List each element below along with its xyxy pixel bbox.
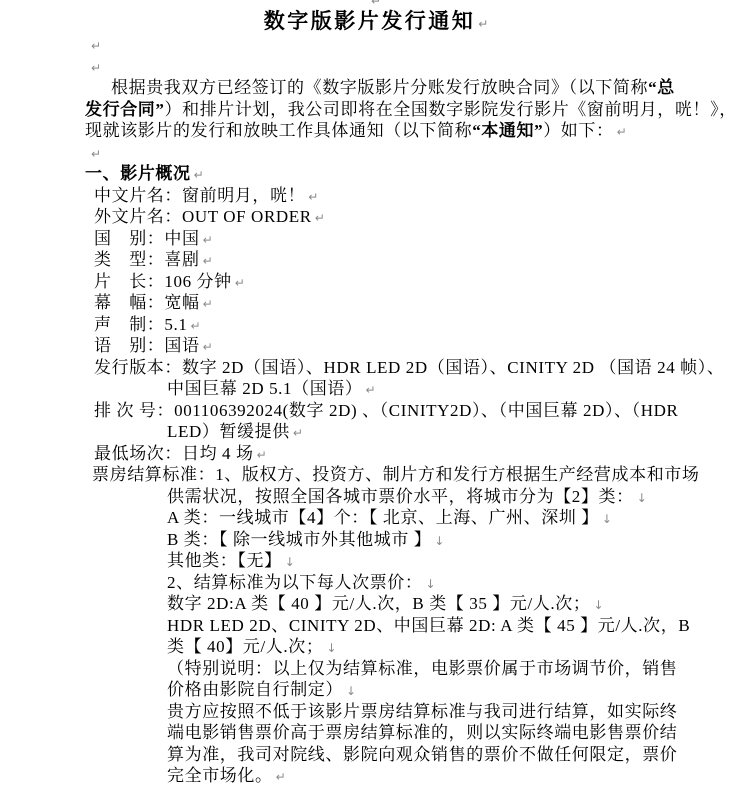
text-line: 语 别：国语↵ [0,335,752,357]
text-segment: 排 次 号：001106392024(数字 2D) 、（CINITY2D）、（中… [94,401,678,420]
line-break-mark-icon: ↓ [285,555,295,569]
line-break-mark-icon: ↓ [602,512,612,526]
text-segment: 类 型：喜剧 [94,250,200,269]
text-line: ↵ [0,142,752,164]
text-segment: 语 别：国语 [94,336,200,355]
text-segment: LED）暂缓提供 [167,422,290,441]
text-segment: 2、结算标准为以下每人次票价： [167,573,423,592]
text-segment: HDR LED 2D、CINITY 2D、中国巨幕 2D: A 类【 45 】元… [167,616,690,635]
text-segment: “总 [648,78,675,97]
paragraph-mark-icon: ↵ [91,147,101,161]
text-line: B 类：【 除一线城市外其他城市 】↓ [0,529,752,551]
text-line: （特别说明：以上仅为结算标准，电影票价属于市场调节价，销售 [0,658,752,680]
text-segment: 最低场次：日均 4 场 [94,444,254,463]
document-lines: ↵↵根据贵我双方已经签订的《数字版影片分账发行放映合同》（以下简称“总发行合同”… [0,34,752,787]
text-line: 外文片名：OUT OF ORDER↵ [0,206,752,228]
line-break-mark-icon: ↓ [637,491,647,505]
text-segment: 一、影片概况 [85,164,191,183]
text-segment: 算为准，我司对院线、影院向观众销售的票价不做任何限定，票价 [167,745,677,764]
paragraph-mark-icon: ↵ [235,276,245,290]
text-line: 端电影销售票价高于票房结算标准的，则以实际终端电影售票价结 [0,722,752,744]
paragraph-mark-icon: ↵ [203,233,213,247]
text-segment: 根据贵我双方已经签订的《数字版影片分账发行放映合同》（以下简称 [111,78,648,97]
text-line: 现就该影片的发行和放映工作具体通知（以下简称“本通知”）如下：↵ [0,120,752,142]
text-segment: 国 别：中国 [94,229,200,248]
text-segment: 票房结算标准：1、版权方、投资方、制片方和发行方根据生产经营成本和市场 [92,465,700,484]
paragraph-mark-icon: ↵ [366,383,376,397]
text-segment: ）和排片计划，我公司即将在全国数字影院发行影片《窗前明月，咣！》， [165,100,737,119]
text-segment: 数字 2D:A 类【 40 】元/人.次，B 类【 35 】元/人.次； [167,594,590,613]
text-line: 片 长：106 分钟↵ [0,271,752,293]
paragraph-mark-icon: ↵ [203,340,213,354]
paragraph-mark-icon: ↵ [194,168,204,182]
paragraph-mark-icon: ↵ [203,297,213,311]
paragraph-mark-icon: ↵ [478,17,488,31]
paragraph-mark-icon: ↵ [91,61,101,75]
paragraph-mark-icon: ↵ [203,254,213,268]
text-line: 根据贵我双方已经签订的《数字版影片分账发行放映合同》（以下简称“总 [0,77,752,99]
text-line: ↵ [0,56,752,78]
paragraph-mark-icon: ↵ [276,770,286,784]
text-line: 其他类：【无】↓ [0,550,752,572]
text-line: ↵ [0,34,752,56]
text-segment: 片 长：106 分钟 [94,272,232,291]
document-page[interactable]: ↵ 数字版影片发行通知↵ ↵↵根据贵我双方已经签订的《数字版影片分账发行放映合同… [0,0,752,787]
paragraph-mark-icon: ↵ [190,319,200,333]
text-segment: 其他类：【无】 [167,551,282,570]
text-segment: 完全市场化。 [167,766,273,785]
text-line: 发行版本：数字 2D（国语）、HDR LED 2D（国语）、CINITY 2D … [0,357,752,379]
line-break-mark-icon: ↓ [346,684,356,698]
text-segment: 外文片名：OUT OF ORDER [94,207,312,226]
text-line: 类 型：喜剧↵ [0,249,752,271]
paragraph-mark-icon: ↵ [91,39,101,53]
paragraph-mark-icon: ↵ [293,426,303,440]
text-segment: 供需状况，按照全国各城市票价水平，将城市分为【2】类： [167,487,634,506]
text-line: 贵方应按照不低于该影片票房结算标准与我司进行结算，如实际终 [0,701,752,723]
text-line: 排 次 号：001106392024(数字 2D) 、（CINITY2D）、（中… [0,400,752,422]
text-line: 发行合同”）和排片计划，我公司即将在全国数字影院发行影片《窗前明月，咣！》， [0,99,752,121]
text-line: HDR LED 2D、CINITY 2D、中国巨幕 2D: A 类【 45 】元… [0,615,752,637]
text-line: 数字 2D:A 类【 40 】元/人.次，B 类【 35 】元/人.次；↓ [0,593,752,615]
text-line: 价格由影院自行制定）↓ [0,679,752,701]
paragraph-mark-icon: ↵ [308,190,318,204]
text-line: 中文片名：窗前明月，咣！↵ [0,185,752,207]
text-line: 中国巨幕 2D 5.1（国语）↵ [0,378,752,400]
text-segment: A 类：一线城市【4】个：【 北京、上海、广州、深圳 】 [167,508,599,527]
text-line: 票房结算标准：1、版权方、投资方、制片方和发行方根据生产经营成本和市场 [0,464,752,486]
text-segment: 贵方应按照不低于该影片票房结算标准与我司进行结算，如实际终 [167,702,677,721]
text-segment: 发行版本：数字 2D（国语）、HDR LED 2D（国语）、CINITY 2D … [94,358,725,377]
text-segment: （特别说明：以上仅为结算标准，电影票价属于市场调节价，销售 [167,659,677,678]
line-break-mark-icon: ↓ [593,598,603,612]
text-segment: 现就该影片的发行和放映工作具体通知（以下简称 [85,121,472,140]
paragraph-mark-icon: ↵ [371,0,381,8]
text-segment: “本通知” [472,121,543,140]
text-line: 幕 幅：宽幅↵ [0,292,752,314]
text-segment: B 类：【 除一线城市外其他城市 】 [167,530,431,549]
text-line: 2、结算标准为以下每人次票价：↓ [0,572,752,594]
text-line: 最低场次：日均 4 场↵ [0,443,752,465]
text-line: 国 别：中国↵ [0,228,752,250]
text-segment: 中文片名：窗前明月，咣！ [94,186,305,205]
paragraph-mark-icon: ↵ [257,448,267,462]
text-segment: 价格由影院自行制定） [167,680,343,699]
line-break-mark-icon: ↓ [426,577,436,591]
text-line: 一、影片概况↵ [0,163,752,185]
text-line: 算为准，我司对院线、影院向观众销售的票价不做任何限定，票价 [0,744,752,766]
text-segment: ）如下： [543,121,613,140]
text-segment: 声 制：5.1 [94,315,187,334]
text-line: 声 制：5.1↵ [0,314,752,336]
text-line: 类【 40】元/人.次；↓ [0,636,752,658]
text-segment: 类【 40】元/人.次； [167,637,323,656]
page-title: 数字版影片发行通知 [264,9,476,33]
text-segment: 幕 幅：宽幅 [94,293,200,312]
line-break-mark-icon: ↓ [434,534,444,548]
text-segment: 发行合同” [85,100,165,119]
text-line: A 类：一线城市【4】个：【 北京、上海、广州、深圳 】↓ [0,507,752,529]
text-segment: 端电影销售票价高于票房结算标准的，则以实际终端电影售票价结 [167,723,677,742]
paragraph-mark-icon: ↵ [617,125,627,139]
paragraph-mark-icon: ↵ [315,211,325,225]
text-line: 供需状况，按照全国各城市票价水平，将城市分为【2】类：↓ [0,486,752,508]
line-break-mark-icon: ↓ [326,641,336,655]
text-segment: 中国巨幕 2D 5.1（国语） [167,379,363,398]
text-line: 完全市场化。↵ [0,765,752,787]
text-line: LED）暂缓提供↵ [0,421,752,443]
